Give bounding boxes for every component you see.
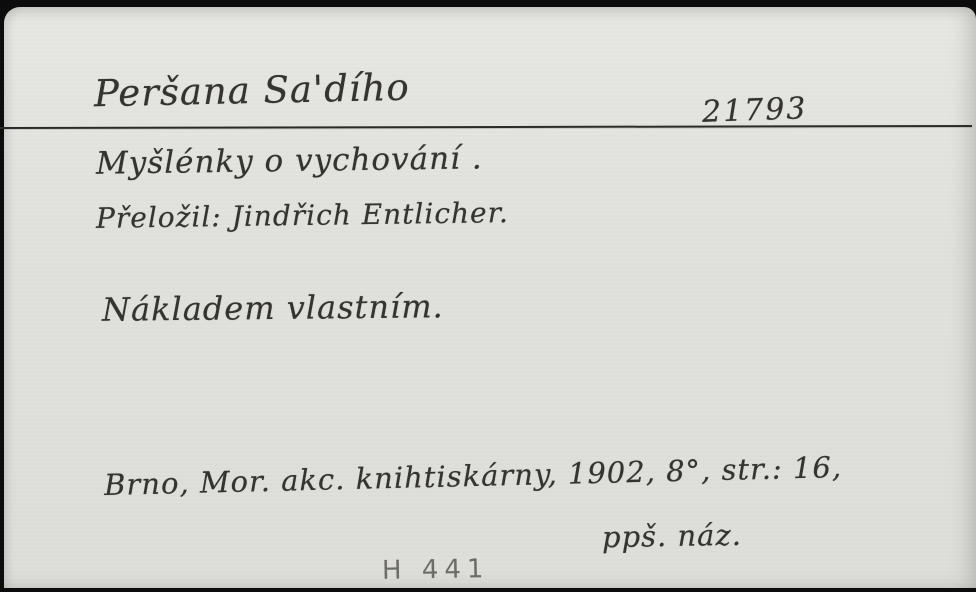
translator-line: Přeložil: Jindřich Entlicher. (96, 196, 509, 235)
horizontal-rule (0, 125, 972, 129)
imprint-line: Brno, Mor. akc. knihtiskárny, 1902, 8°, … (104, 450, 843, 502)
publisher-line: Nákladem vlastním. (102, 287, 444, 329)
shelfmark-pencil: H 441 (382, 554, 490, 586)
title-line: Myšlénky o vychování . (96, 140, 483, 181)
catalog-number: 21793 (701, 91, 808, 130)
catalog-card-scan: Peršana Sa'dího 21793 Myšlénky o vychová… (0, 0, 976, 592)
card-heading-author: Peršana Sa'dího (94, 66, 411, 116)
imprint-line-continued: ppš. náz. (602, 518, 742, 554)
index-card: Peršana Sa'dího 21793 Myšlénky o vychová… (4, 7, 976, 588)
